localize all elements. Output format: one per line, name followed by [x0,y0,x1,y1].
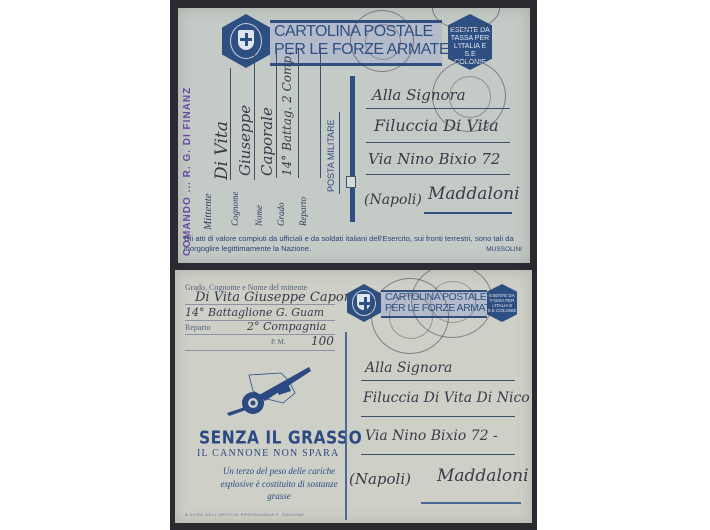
divider-bar [350,76,355,222]
propaganda-quote: Gli atti di valore compiuti da ufficiali… [184,234,524,253]
pm-label: P. M. [271,338,286,346]
address-line-1: Alla Signora [372,86,466,104]
quote-author: MUSSOLINI [486,246,522,253]
slogan-title: SENZA IL GRASSO [199,428,362,449]
savoy-crest-icon [222,14,270,68]
reparto-label: Reparto [185,323,210,332]
address-line-2: Filuccia Di Vita [374,116,499,135]
handwritten-pm: 100 [311,334,334,348]
address-line-2: Filuccia Di Vita Di Nico [363,390,530,406]
handwritten-sender-3: 2° Compagnia [247,320,326,333]
postcard-bottom: Grado, Cognome e Nome del mittente Di Vi… [175,270,532,523]
address-line-1: Alla Signora [365,360,452,376]
divider-bar [345,332,347,520]
label-grado: Grado [276,202,286,226]
handwritten-unit: 14° Battag. 2 Comp. [280,52,294,176]
handwritten-name: Giuseppe [236,105,254,176]
label-nome: Nome [254,205,264,226]
postcard-top: CARTOLINA POSTALE PER LE FORZE ARMATE ES… [178,8,530,263]
sender-heading: Mittente [202,193,214,230]
posta-militare-label: POSTA MILITARE [326,119,336,192]
handwritten-rank: Caporale [258,107,276,176]
label-reparto: Reparto [298,197,308,226]
address-line-3: Via Nino Bixio 72 [368,150,500,168]
cannon-illustration-icon [223,365,313,421]
postmark [411,270,493,338]
handwritten-surname: Di Vita [212,121,232,180]
postmark [350,10,414,72]
slogan-body: Un terzo del peso delle cariche esplosiv… [219,465,339,503]
handwritten-sender-1: Di Vita Giuseppe Caporale [195,290,370,305]
imprint: A CURA DELL'UFFICIO PROPAGANDA F. ZINGON… [185,512,305,517]
violet-cachet: COMANDO ... R. G. DI FINANZ [182,87,193,256]
handwritten-sender-2: 14° Battaglione G. Guam [185,306,324,319]
address-line-4: (Napoli) [349,470,411,488]
address-line-5: Maddaloni [428,184,520,204]
label-cognome: Cognome [230,192,240,227]
address-line-4: (Napoli) [364,192,422,208]
address-line-5: Maddaloni [437,466,529,486]
address-line-3: Via Nino Bixio 72 - [365,428,498,444]
slogan-subtitle: IL CANNONE NON SPARA [197,448,339,459]
